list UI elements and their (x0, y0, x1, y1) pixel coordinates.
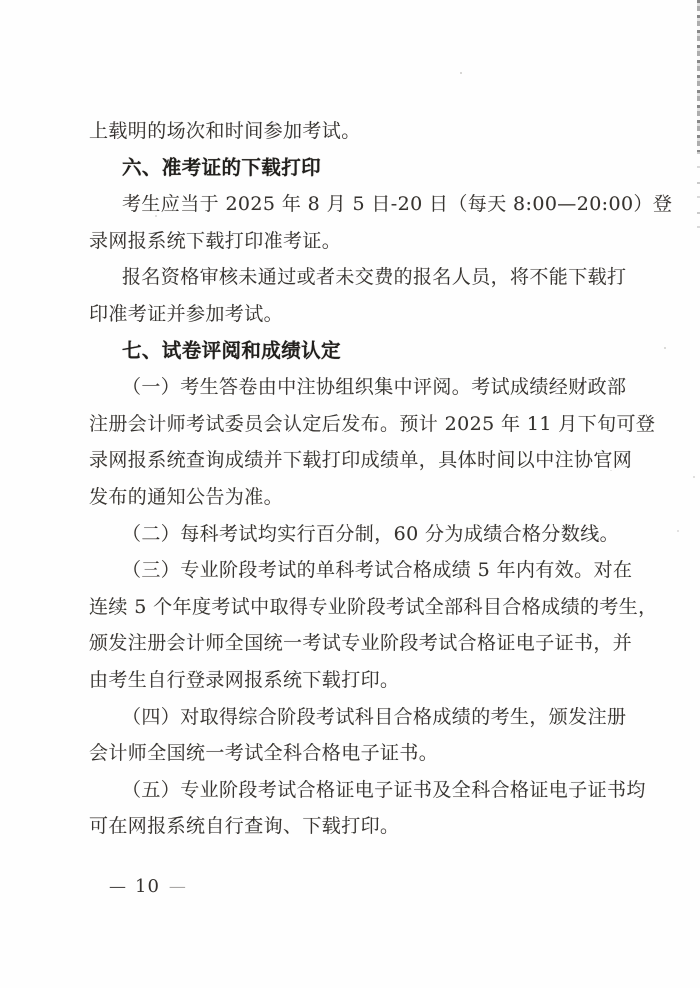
text-line: （三）专业阶段考试的单科考试合格成绩 5 年内有效。对在 (89, 552, 615, 589)
text-line: （五）专业阶段考试合格证电子证书及全科合格证电子证书均 (89, 772, 615, 809)
text-line: 由考生自行登录网报系统下载打印。 (89, 662, 615, 699)
text-line: 注册会计师考试委员会认定后发布。预计 2025 年 11 月下旬可登 (89, 406, 615, 443)
text-line: 会计师全国统一考试全科合格电子证书。 (89, 735, 615, 772)
text-line: 连续 5 个年度考试中取得专业阶段考试全部科目合格成绩的考生， (89, 589, 615, 626)
text-line: 印准考证并参加考试。 (89, 296, 615, 333)
text-line: 七、试卷评阅和成绩认定 (89, 333, 615, 370)
text-line: （一）考生答卷由中注协组织集中评阅。考试成绩经财政部 (89, 369, 615, 406)
page-number-dash-right: — (169, 877, 186, 897)
scanned-document-page: 上载明的场次和时间参加考试。六、准考证的下载打印考生应当于 2025 年 8 月… (0, 0, 700, 988)
text-line: 考生应当于 2025 年 8 月 5 日-20 日（每天 8:00—20:00）… (89, 186, 615, 223)
page-number-value: 10 (135, 876, 160, 897)
text-line: 录网报系统下载打印准考证。 (89, 223, 615, 260)
scan-speck (677, 530, 679, 532)
document-body: 上载明的场次和时间参加考试。六、准考证的下载打印考生应当于 2025 年 8 月… (89, 113, 615, 845)
scan-speck (460, 72, 462, 74)
text-line: 报名资格审核未通过或者未交费的报名人员，将不能下载打 (89, 259, 615, 296)
page-number: — 10 — (109, 876, 186, 897)
scan-speck (693, 476, 695, 478)
text-line: 发布的通知公告为准。 (89, 479, 615, 516)
scan-speck (664, 347, 666, 349)
page-number-dash-left: — (109, 877, 126, 897)
text-line: （四）对取得综合阶段考试科目合格成绩的考生，颁发注册 (89, 699, 615, 736)
text-line: 上载明的场次和时间参加考试。 (89, 113, 615, 150)
text-line: 六、准考证的下载打印 (89, 150, 615, 187)
text-line: 录网报系统查询成绩并下载打印成绩单，具体时间以中注协官网 (89, 442, 615, 479)
text-line: 可在网报系统自行查询、下载打印。 (89, 808, 615, 845)
text-line: 颁发注册会计师全国统一考试专业阶段考试合格证电子证书，并 (89, 625, 615, 662)
text-line: （二）每科考试均实行百分制，60 分为成绩合格分数线。 (89, 516, 615, 553)
